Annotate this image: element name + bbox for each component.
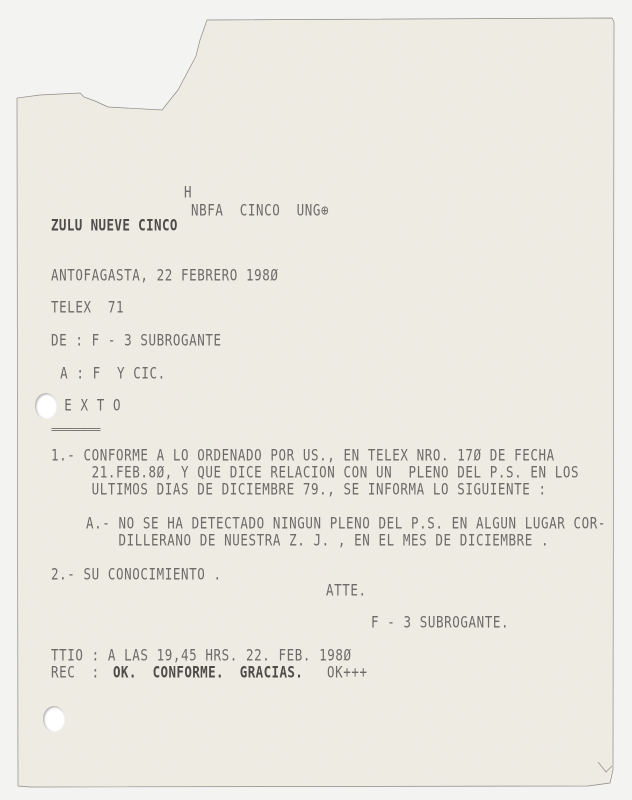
item-2-line-1: 2.- SU CONOCIMIENTO . bbox=[51, 567, 222, 583]
rec-text: OK. CONFORME. GRACIAS. bbox=[113, 665, 303, 681]
item-1-line-1: 1.- CONFORME A LO ORDENADO POR US., EN T… bbox=[51, 448, 555, 464]
header-h-mark: H bbox=[184, 185, 192, 201]
ttio-line: TTIO : A LAS 19,45 HRS. 22. FEB. 198Ø bbox=[51, 648, 352, 664]
item-a-line-2: DILLERANO DE NUESTRA Z. J. , EN EL MES D… bbox=[86, 533, 549, 549]
rec-label: REC : bbox=[51, 665, 100, 681]
to-line: A : F Y CIC. bbox=[52, 366, 166, 382]
callsign: ZULU NUEVE CINCO bbox=[51, 218, 178, 234]
telex-number: TELEX 71 bbox=[51, 300, 124, 316]
signature: F - 3 SUBROGANTE. bbox=[371, 615, 509, 631]
document-scan: H NBFA CINCO UNG⊕ ZULU NUEVE CINCO ANTOF… bbox=[0, 0, 632, 800]
text-heading-underline: ========= bbox=[51, 424, 100, 435]
answerback-code: NBFA CINCO UNG⊕ bbox=[191, 203, 329, 219]
place-date: ANTOFAGASTA, 22 FEBRERO 198Ø bbox=[51, 268, 279, 284]
rec-end: OK+++ bbox=[327, 665, 368, 681]
punch-hole-bottom bbox=[43, 706, 65, 732]
item-1-line-2: 21.FEB.8Ø, Y QUE DICE RELACION CON UN PL… bbox=[51, 465, 579, 481]
closing: ATTE. bbox=[326, 583, 367, 599]
item-a-line-1: A.- NO SE HA DETECTADO NINGUN PLENO DEL … bbox=[86, 516, 606, 532]
text-heading: E X T O bbox=[48, 398, 121, 414]
item-1-line-3: ULTIMOS DIAS DE DICIEMBRE 79., SE INFORM… bbox=[51, 482, 547, 498]
from-line: DE : F - 3 SUBROGANTE bbox=[51, 333, 222, 349]
